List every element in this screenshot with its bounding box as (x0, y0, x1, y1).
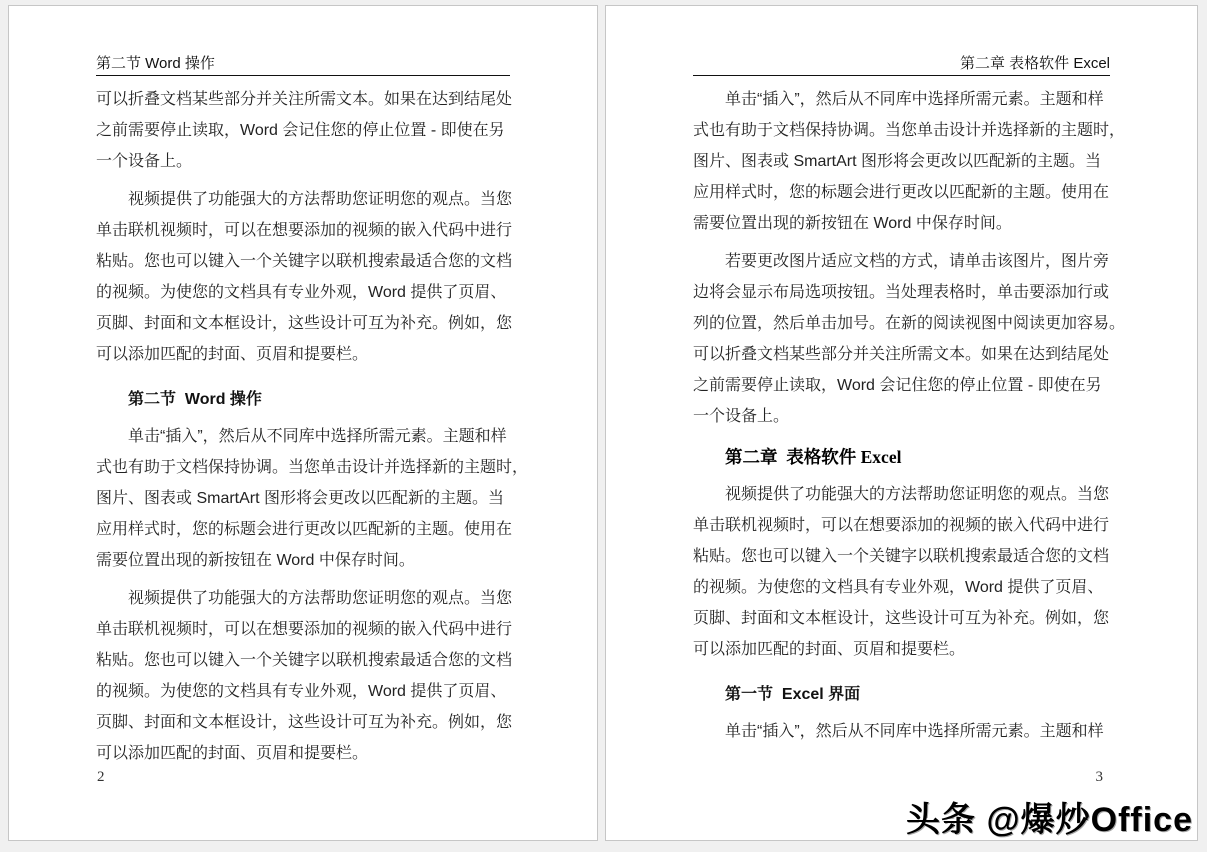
paragraph: 单击“插入”，然后从不同库中选择所需元素。主题和样 (693, 716, 1110, 747)
section-heading: 第二节 Word 操作 (96, 384, 510, 415)
page-number: 2 (97, 769, 105, 786)
paragraph: 单击“插入”，然后从不同库中选择所需元素。主题和样 式也有助于文档保持协调。当您… (693, 84, 1110, 239)
paragraph: 视频提供了功能强大的方法帮助您证明您的观点。当您 单击联机视频时，可以在想要添加… (96, 184, 510, 370)
section-heading: 第一节 Excel 界面 (693, 679, 1110, 710)
paragraph: 若要更改图片适应文档的方式，请单击该图片，图片旁 边将会显示布局选项按钮。当处理… (693, 246, 1110, 432)
page-header-left: 第二节 Word 操作 (96, 52, 510, 76)
page-number: 3 (1096, 769, 1104, 786)
watermark: 头条 @爆炒Office (906, 792, 1193, 841)
paragraph: 视频提供了功能强大的方法帮助您证明您的观点。当您 单击联机视频时，可以在想要添加… (693, 479, 1110, 665)
page-header-right: 第二章 表格软件 Excel (693, 52, 1110, 76)
paragraph: 可以折叠文档某些部分并关注所需文本。如果在达到结尾处 之前需要停止读取，Word… (96, 84, 510, 177)
chapter-heading: 第二章 表格软件 Excel (693, 442, 1110, 473)
paragraph: 单击“插入”，然后从不同库中选择所需元素。主题和样 式也有助于文档保持协调。当您… (96, 421, 510, 576)
document-page-right: 第二章 表格软件 Excel 单击“插入”，然后从不同库中选择所需元素。主题和样… (605, 5, 1198, 841)
paragraph: 视频提供了功能强大的方法帮助您证明您的观点。当您 单击联机视频时，可以在想要添加… (96, 583, 510, 769)
document-page-left: 第二节 Word 操作 可以折叠文档某些部分并关注所需文本。如果在达到结尾处 之… (8, 5, 598, 841)
